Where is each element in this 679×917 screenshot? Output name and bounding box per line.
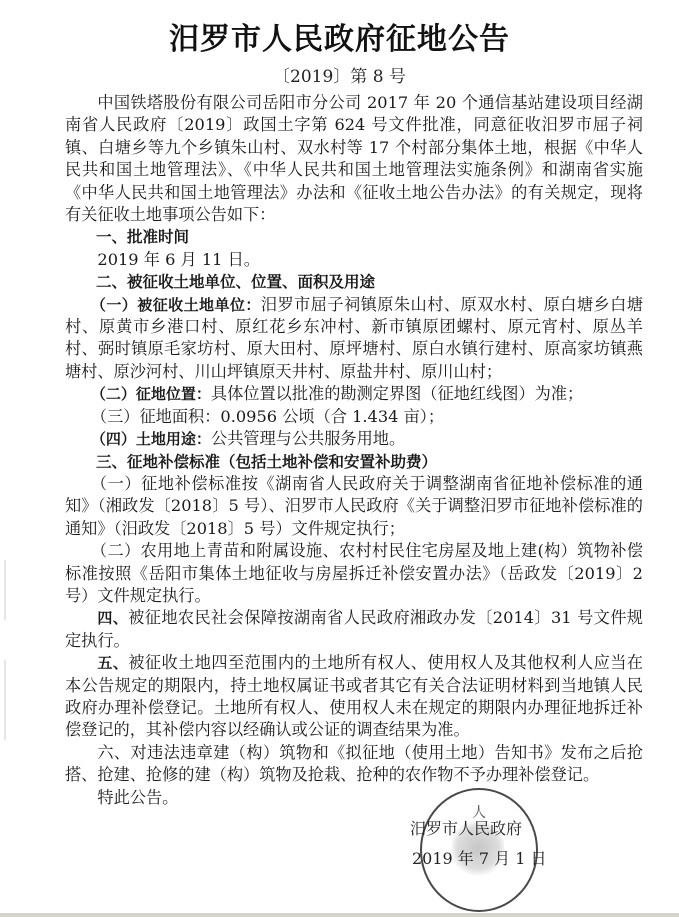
- scan-edge-mark: [4, 560, 6, 620]
- closing-statement: 特此公告。: [65, 787, 643, 809]
- section-heading-approval-time: 一、批准时间: [65, 226, 643, 248]
- item-label: （一）被征收土地单位：: [91, 296, 261, 314]
- compensation-item: （一）征地补偿标准按《湖南省人民政府关于调整湖南省征地补偿标准的通知》（湘政发〔…: [65, 473, 643, 540]
- section-text: 被征地农民社会保障按湖南省人民政府湘政办发〔2014〕31 号文件规定执行。: [65, 608, 643, 649]
- page-bottom-edge: [0, 913, 679, 917]
- issue-date: 2019 年 7 月 1 日: [410, 844, 547, 874]
- intro-paragraph: 中国铁塔股份有限公司岳阳市分公司 2017 年 20 个通信基站建设项目经湖南省…: [65, 92, 643, 226]
- compensation-item: （二）农用地上青苗和附属设施、农村村民住宅房屋及地上建(构）筑物补偿标准按照《岳…: [65, 540, 643, 607]
- land-units-item: （一）被征收土地单位：汨罗市屈子祠镇原朱山村、原双水村、原白塘乡白塘村、原黄市乡…: [65, 294, 643, 384]
- item-label: （四）土地用途：: [91, 430, 211, 448]
- section-lead: 五、: [97, 654, 128, 672]
- item-label: （二）征地位置：: [91, 385, 211, 403]
- item-text: 0.0956 公顷（合 1.434 亩）；: [220, 407, 444, 426]
- land-use-item: （四）土地用途：公共管理与公共服务用地。: [65, 428, 643, 450]
- registration-paragraph: 五、被征收土地四至范围内的土地所有权人、使用权人及其他权利人应当在本公告规定的期…: [65, 652, 643, 742]
- illegal-structures-paragraph: 六、对违法违章建（构）筑物和《拟征地（使用土地）告知书》发布之后抢搭、抢建、抢修…: [65, 742, 643, 787]
- section-lead: 六、: [97, 743, 130, 762]
- signature-block: 汨罗市人民政府 2019 年 7 月 1 日: [410, 814, 547, 874]
- approval-date: 2019 年 6 月 11 日。: [65, 249, 643, 271]
- social-security-paragraph: 四、被征地农民社会保障按湖南省人民政府湘政办发〔2014〕31 号文件规定执行。: [65, 607, 643, 652]
- issuer-name: 汨罗市人民政府: [410, 814, 547, 844]
- land-location-item: （二）征地位置：具体位置以批准的勘测定界图（征地红线图）为准；: [65, 383, 643, 405]
- section-text: 对违法违章建（构）筑物和《拟征地（使用土地）告知书》发布之后抢搭、抢建、抢修的建…: [65, 743, 643, 784]
- item-text: 具体位置以批准的勘测定界图（征地红线图）为准；: [211, 384, 583, 403]
- item-text: 公共管理与公共服务用地。: [211, 429, 405, 448]
- land-area-item: （三）征地面积：0.0956 公顷（合 1.434 亩）；: [65, 406, 643, 428]
- item-label: （三）征地面积：: [91, 407, 221, 426]
- document-number: 〔2019〕第 8 号: [0, 62, 679, 87]
- scan-edge-mark: [4, 660, 6, 740]
- section-lead: 四、: [97, 609, 128, 627]
- document-page: 汨罗市人民政府征地公告 〔2019〕第 8 号 中国铁塔股份有限公司岳阳市分公司…: [0, 0, 679, 913]
- section-text: 被征收土地四至范围内的土地所有权人、使用权人及其他权利人应当在本公告规定的期限内…: [65, 653, 643, 739]
- section-heading-compensation: 三、征地补偿标准（包括土地补偿和安置补助费）: [65, 451, 643, 473]
- section-heading-land-units: 二、被征收土地单位、位置、面积及用途: [65, 271, 643, 293]
- document-title: 汨罗市人民政府征地公告: [0, 14, 679, 58]
- document-body: 中国铁塔股份有限公司岳阳市分公司 2017 年 20 个通信基站建设项目经湖南省…: [65, 92, 643, 809]
